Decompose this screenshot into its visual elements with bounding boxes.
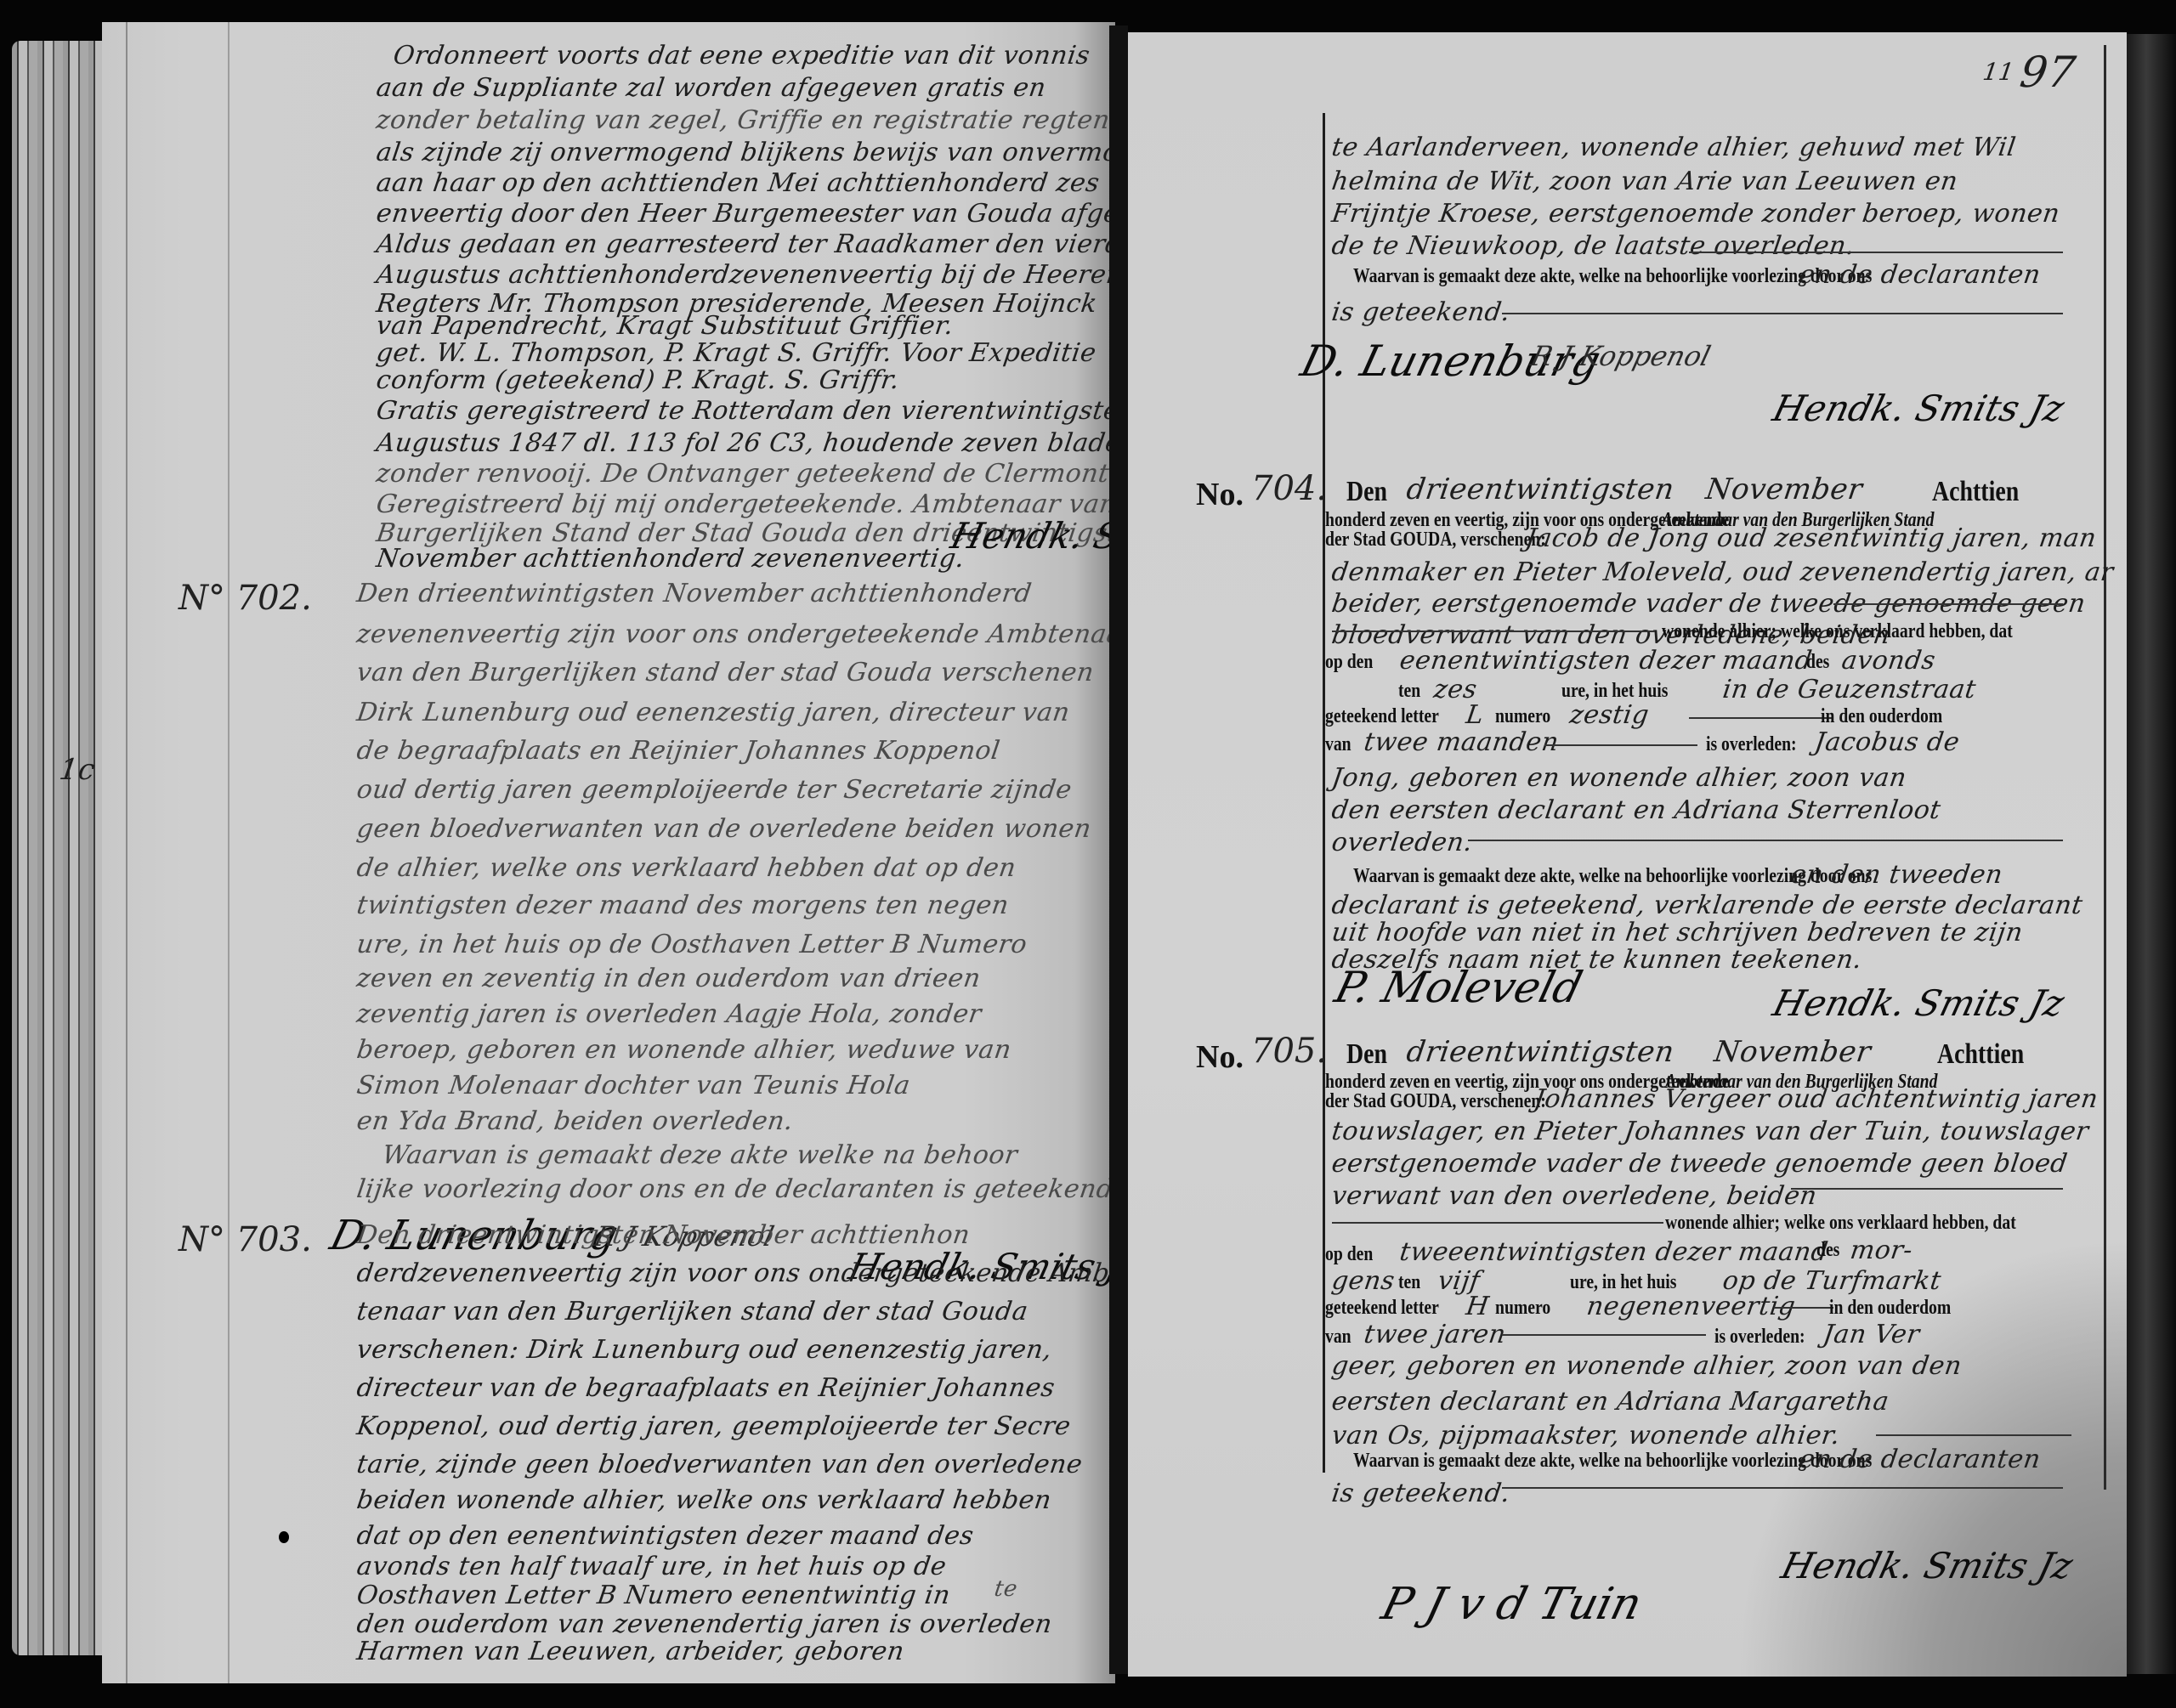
month-field: November (1712, 1035, 1873, 1069)
printed-des: des (1816, 1239, 1839, 1262)
day-field: drieentwintigsten (1404, 472, 1676, 506)
time-of-day-field-cont: gens (1330, 1266, 1397, 1296)
age-field: twee jaren (1363, 1320, 1508, 1349)
text-line: eersten declarant en Adriana Margaretha (1330, 1387, 1891, 1417)
text-line: de te Nieuwkoop, de laatste overleden. (1330, 231, 1857, 261)
text-line: tenaar van den Burgerlijken stand der st… (355, 1297, 1030, 1326)
text-line: Aldus gedaan en gearresteerd ter Raadkam… (375, 229, 1157, 259)
declarants-field: Johannes Vergeer oud achtentwintig jaren (1533, 1084, 2100, 1114)
record-number: 705. (1251, 1032, 1327, 1071)
printed-ure: ure, in het huis (1561, 680, 1668, 703)
declarants-field: Jacob de Jong oud zesentwintig jaren, ma… (1524, 523, 2099, 553)
signature-registrar: Hendk. Smits Jz (1769, 387, 2069, 429)
text-line: Jong, geboren en wonende alhier, zoon va… (1330, 763, 1909, 793)
printed-ure: ure, in het huis (1570, 1271, 1676, 1294)
record-number: N° 702. (178, 579, 312, 618)
text-line: dat op den eenentwintigsten dezer maand … (355, 1521, 976, 1551)
book-cover-edge (2127, 34, 2176, 1674)
time-of-day-field: avonds (1840, 646, 1938, 676)
binding-line (126, 22, 127, 1683)
text-line: lijke voorlezing door ons en de declaran… (355, 1174, 1116, 1204)
text-line: zonder renvooij. De Ontvanger geteekend … (375, 459, 1112, 489)
text-line: aan de Suppliante zal worden afgegeven g… (375, 73, 1048, 103)
text-line: tarie, zijnde geen bloedverwanten van de… (355, 1450, 1085, 1479)
text-line: November achttienhonderd zevenenveertig. (375, 544, 967, 574)
text-line: Frijntje Kroese, eerstgenoemde zonder be… (1330, 199, 2062, 229)
age-field: twee maanden (1363, 727, 1561, 757)
house-number-field: negenenveertig (1585, 1292, 1798, 1321)
printed-opden: op den (1325, 1243, 1373, 1266)
printed-numero: numero (1495, 1297, 1550, 1320)
text-line: en Yda Brand, beiden overleden. (355, 1106, 796, 1136)
printed-numero: numero (1495, 705, 1550, 728)
margin-rule (1323, 113, 1325, 1473)
text-line: directeur van de begraafplaats en Reijni… (355, 1373, 1057, 1403)
text-line: Augustus achttienhonderdzevenenveertig b… (375, 260, 1125, 290)
printed-ten: ten (1398, 680, 1420, 703)
binding-line (228, 22, 229, 1683)
text-line: is geteekend. (1330, 297, 1512, 327)
deceased-name-field: Jan Ver (1822, 1320, 1922, 1349)
printed-closing: Waarvan is gemaakt deze akte, welke na b… (1353, 1450, 1872, 1473)
filler-line (1502, 313, 2063, 314)
text-line: conform (geteekend) P. Kragt. S. Griffr. (375, 365, 902, 395)
text-line: zeventig jaren is overleden Aagje Hola, … (355, 999, 983, 1029)
filler-line (1689, 252, 2063, 253)
text-line: en den tweeden (1789, 860, 2005, 890)
text-line: eerstgenoemde vader de tweede genoemde g… (1330, 1149, 2070, 1179)
text-line: avonds ten half twaalf ure, in het huis … (355, 1552, 949, 1581)
text-line: verschenen: Dirk Lunenburg oud eenenzest… (355, 1335, 1054, 1365)
text-line: beiden wonende alhier, welke ons verklaa… (355, 1485, 1054, 1515)
printed-ouderdom: in den ouderdom (1821, 705, 1942, 728)
text-line: zonder betaling van zegel, Griffie en re… (375, 105, 1113, 135)
filler-line (1791, 1188, 2063, 1190)
text-line: Dirk Lunenburg oud eenenzestig jaren, di… (355, 698, 1072, 727)
text-line: geen bloedverwanten van de overledene be… (355, 814, 1094, 844)
text-line: geer, geboren en wonende alhier, zoon va… (1330, 1351, 1964, 1381)
record-number: 704. (1251, 469, 1327, 508)
text-line: enveertig door den Heer Burgemeester van… (375, 199, 1201, 229)
deceased-name-field: Jacobus de (1813, 727, 1962, 757)
printed-achttien: Achttien (1937, 1038, 2024, 1071)
record-number: N° 703. (178, 1220, 312, 1259)
text-line: verwant van den overledene, beiden (1330, 1181, 1819, 1211)
printed-des: des (1806, 651, 1829, 674)
text-line: Simon Molenaar dochter van Teunis Hola (355, 1071, 913, 1100)
text-line: Waarvan is gemaakt deze akte welke na be… (381, 1140, 1020, 1170)
signature-vd-tuin: P J v d Tuin (1377, 1579, 1647, 1630)
printed-letter: geteekend letter (1325, 705, 1439, 728)
text-line: Augustus 1847 dl. 113 fol 26 C3, houdend… (375, 428, 1140, 458)
text-line: zevenenveertig zijn voor ons ondergeteek… (355, 619, 1137, 649)
folio-number: 97 (2017, 48, 2079, 97)
text-line: Gratis geregistreerd te Rotterdam den vi… (375, 396, 1138, 426)
printed-den: Den (1346, 1038, 1387, 1071)
text-line: en de declaranten (1798, 260, 2043, 290)
printed-achttien: Achttien (1932, 476, 2019, 508)
day-field: drieentwintigsten (1404, 1035, 1676, 1069)
text-line: van den Burgerlijken stand der stad Goud… (355, 658, 1096, 687)
filler-line (1468, 840, 2063, 841)
time-of-day-field: mor- (1849, 1236, 1915, 1265)
date-field: tweeentwintigsten dezer maand (1398, 1237, 1830, 1267)
filler-line (1502, 1334, 1706, 1336)
text-line: is geteekend. (1330, 1479, 1512, 1508)
register-spread: 1c Ordonneert voorts dat eene expeditie … (0, 0, 2176, 1708)
signature-koppenol: R J Koppenol (1527, 340, 1714, 372)
text-line: aan haar op den achttienden Mei achttien… (375, 168, 1102, 198)
filler-line (1833, 603, 2063, 605)
text-line: uit hoofde van niet in het schrijven bed… (1330, 918, 2026, 947)
printed-van: van (1325, 733, 1351, 756)
text-line: overleden. (1330, 828, 1475, 857)
text-line: Den drieentwintigsten November achttienh… (355, 579, 1034, 608)
text-line: denmaker en Pieter Moleveld, oud zevenen… (1330, 557, 2116, 587)
text-line: Oosthaven Letter B Numero eenentwintig i… (355, 1581, 953, 1610)
text-line: oud dertig jaren geemploijeerde ter Secr… (355, 775, 1074, 805)
text-line: de begraafplaats en Reijnier Johannes Ko… (355, 736, 1002, 766)
signature-registrar: Hendk. Smits Jz (1777, 1545, 2077, 1586)
printed-overleden: is overleden: (1706, 733, 1797, 756)
text-line: get. W. L. Thompson, P. Kragt S. Griffr.… (375, 338, 1098, 368)
text-line: den eersten declarant en Adriana Sterren… (1330, 795, 1943, 825)
text-line: Harmen van Leeuwen, arbeider, geboren (355, 1637, 907, 1666)
printed-line: der Stad GOUDA, verschenen: (1325, 529, 1546, 551)
month-field: November (1703, 472, 1865, 506)
letter-field: H (1465, 1292, 1492, 1321)
left-page: 1c Ordonneert voorts dat eene expeditie … (102, 22, 1115, 1683)
text-line: zeven en zeventig in den ouderdom van dr… (355, 964, 983, 993)
signature-moleveld: P. Moleveld (1330, 963, 1587, 1012)
place-field: in de Geuzenstraat (1721, 675, 1978, 704)
filler-line (1332, 631, 1655, 632)
printed-overleden: is overleden: (1714, 1326, 1805, 1349)
text-line: Den drieentwintigsten November achttienh… (355, 1220, 972, 1250)
ink-blot (279, 1531, 289, 1543)
margin-mark: 1c (57, 753, 97, 787)
text-line: van Os, pijpmaakster, wonende alhier. (1330, 1421, 1843, 1451)
text-line: touwslager, en Pieter Johannes van der T… (1330, 1117, 2091, 1146)
text-line: beroep, geboren en wonende alhier, weduw… (355, 1035, 1014, 1065)
printed-opden: op den (1325, 651, 1373, 674)
edge-rule (2104, 45, 2106, 1490)
house-number-field: zestig (1568, 700, 1652, 730)
printed-line: wonende alhier; welke ons verklaard hebb… (1665, 1212, 2016, 1235)
printed-line: wonende alhier; welke ons verklaard hebb… (1662, 620, 2013, 643)
folio-prefix: 11 (1981, 58, 2016, 86)
printed-ouderdom: in den ouderdom (1829, 1297, 1951, 1320)
text-line: twintigsten dezer maand des morgens ten … (355, 891, 1011, 920)
text-line: te Aarlanderveen, wonende alhier, gehuwd… (1330, 133, 2018, 162)
date-field: eenentwintigsten dezer maand (1398, 646, 1815, 676)
printed-den: Den (1346, 476, 1387, 508)
printed-closing: Waarvan is gemaakt deze akte, welke na b… (1353, 265, 1872, 288)
printed-van: van (1325, 1326, 1351, 1349)
filler-line (1876, 1434, 2071, 1436)
no-label: No. (1196, 1038, 1244, 1076)
text-line: derdzevenenveertig zijn voor ons onderge… (355, 1258, 1112, 1288)
filler-line (1774, 1307, 1833, 1309)
letter-field: L (1465, 700, 1486, 730)
printed-letter: geteekend letter (1325, 1297, 1439, 1320)
text-line: van Papendrecht, Kragt Substituut Griffi… (375, 311, 956, 341)
printed-line: der Stad GOUDA, verschenen: (1325, 1090, 1546, 1113)
filler-line (1502, 1487, 2063, 1489)
filler-line (1544, 744, 1697, 746)
filler-line (1332, 1222, 1663, 1224)
book-gutter (1109, 25, 1128, 1674)
printed-ten: ten (1398, 1271, 1420, 1294)
filler-line (1689, 717, 1833, 719)
text-line: Koppenol, oud dertig jaren, geemploijeer… (355, 1411, 1073, 1441)
text-line: en de declaranten (1798, 1445, 2043, 1474)
text-line: helmina de Wit, zoon van Arie van Leeuwe… (1330, 167, 1960, 196)
text-line: declarant is geteekend, verklarende de e… (1330, 891, 2085, 920)
catchword: te (993, 1576, 1019, 1602)
text-line: den ouderdom van zevenendertig jaren is … (355, 1609, 1055, 1639)
text-line: als zijnde zij onvermogend blijkens bewi… (375, 138, 1170, 167)
text-line: de alhier, welke ons verklaard hebben da… (355, 853, 1018, 883)
text-line: Ordonneert voorts dat eene expeditie van… (392, 41, 1092, 71)
signature-registrar: Hendk. Smits Jz (1769, 982, 2069, 1024)
no-label: No. (1196, 476, 1244, 513)
right-page: 11 97 te Aarlanderveen, wonende alhier, … (1128, 32, 2127, 1677)
text-line: ure, in het huis op de Oosthaven Letter … (355, 930, 1029, 959)
